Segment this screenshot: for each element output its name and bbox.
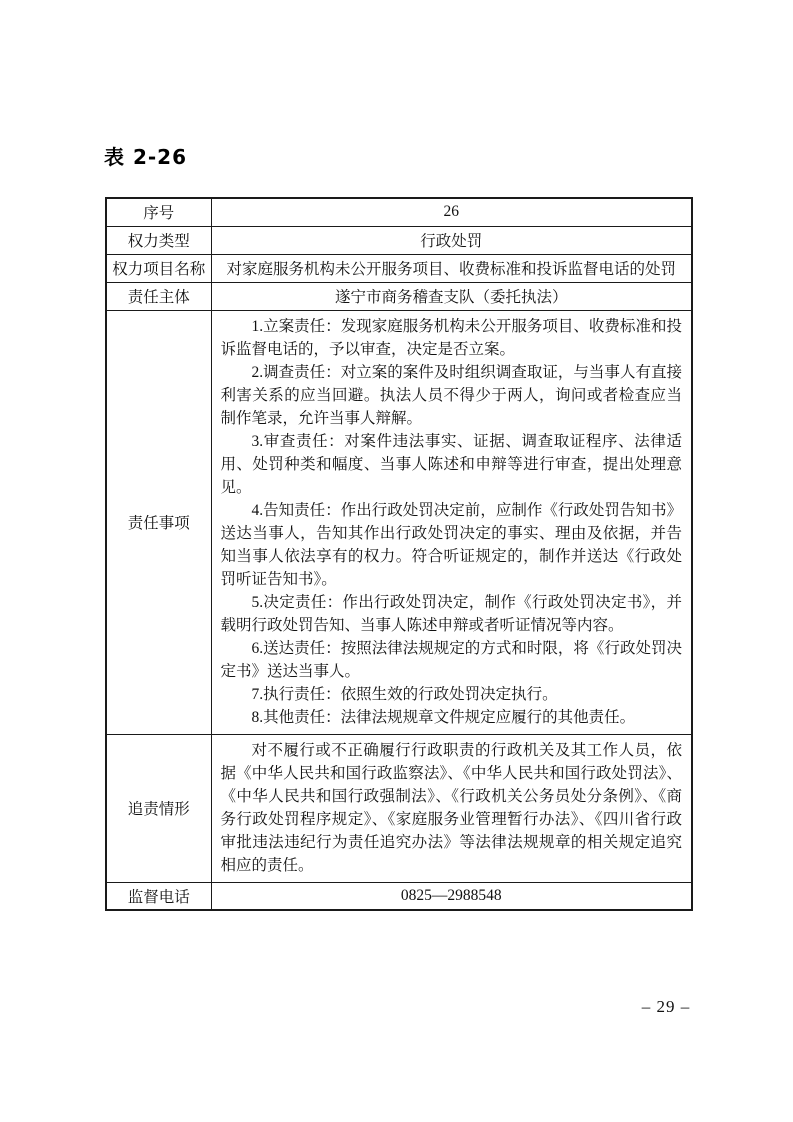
table-title: 表 2-26 bbox=[104, 141, 187, 170]
row-label: 权力项目名称 bbox=[106, 254, 211, 282]
row-label: 监督电话 bbox=[106, 882, 211, 910]
responsibility-paragraph: 5.决定责任：作出行政处罚决定，制作《行政处罚决定书》，并载明行政处罚告知、当事… bbox=[221, 591, 683, 637]
table-row-serial-number: 序号 26 bbox=[106, 198, 692, 226]
row-label: 序号 bbox=[106, 198, 211, 226]
responsibility-paragraph: 6.送达责任：按照法律法规规定的方式和时限，将《行政处罚决定书》送达当事人。 bbox=[221, 637, 683, 683]
row-value: 遂宁市商务稽查支队（委托执法） bbox=[211, 282, 692, 310]
document-page: 表 2-26 序号 26 权力类型 行政处罚 权力项目名称 对家庭服务机构未公开… bbox=[0, 0, 793, 1122]
responsibility-table: 序号 26 权力类型 行政处罚 权力项目名称 对家庭服务机构未公开服务项目、收费… bbox=[105, 197, 693, 911]
row-value: 1.立案责任：发现家庭服务机构未公开服务项目、收费标准和投诉监督电话的，予以审查… bbox=[211, 310, 692, 734]
table-row-responsible-entity: 责任主体 遂宁市商务稽查支队（委托执法） bbox=[106, 282, 692, 310]
responsibility-paragraph: 4.告知责任：作出行政处罚决定前，应制作《行政处罚告知书》送达当事人，告知其作出… bbox=[221, 499, 683, 591]
table-row-accountability-situations: 追责情形 对不履行或不正确履行行政职责的行政机关及其工作人员，依据《中华人民共和… bbox=[106, 734, 692, 882]
row-value: 对家庭服务机构未公开服务项目、收费标准和投诉监督电话的处罚 bbox=[211, 254, 692, 282]
page-number: – 29 – bbox=[628, 997, 704, 1017]
row-label: 责任主体 bbox=[106, 282, 211, 310]
accountability-paragraph: 对不履行或不正确履行行政职责的行政机关及其工作人员，依据《中华人民共和国行政监察… bbox=[221, 739, 683, 877]
responsibility-paragraph: 2.调查责任：对立案的案件及时组织调查取证，与当事人有直接利害关系的应当回避。执… bbox=[221, 361, 683, 430]
row-value: 行政处罚 bbox=[211, 226, 692, 254]
responsibility-paragraph: 8.其他责任：法律法规规章文件规定应履行的其他责任。 bbox=[221, 706, 683, 729]
row-value: 26 bbox=[211, 198, 692, 226]
row-value: 0825—2988548 bbox=[211, 882, 692, 910]
table-row-power-item-name: 权力项目名称 对家庭服务机构未公开服务项目、收费标准和投诉监督电话的处罚 bbox=[106, 254, 692, 282]
responsibility-paragraph: 7.执行责任：依照生效的行政处罚决定执行。 bbox=[221, 683, 683, 706]
responsibility-paragraph: 3.审查责任：对案件违法事实、证据、调查取证程序、法律适用、处罚种类和幅度、当事… bbox=[221, 430, 683, 499]
table-row-power-type: 权力类型 行政处罚 bbox=[106, 226, 692, 254]
row-value: 对不履行或不正确履行行政职责的行政机关及其工作人员，依据《中华人民共和国行政监察… bbox=[211, 734, 692, 882]
table-row-supervision-phone: 监督电话 0825—2988548 bbox=[106, 882, 692, 910]
row-label: 权力类型 bbox=[106, 226, 211, 254]
table-row-responsibility-items: 责任事项 1.立案责任：发现家庭服务机构未公开服务项目、收费标准和投诉监督电话的… bbox=[106, 310, 692, 734]
row-label: 责任事项 bbox=[106, 310, 211, 734]
responsibility-paragraph: 1.立案责任：发现家庭服务机构未公开服务项目、收费标准和投诉监督电话的，予以审查… bbox=[221, 315, 683, 361]
row-label: 追责情形 bbox=[106, 734, 211, 882]
